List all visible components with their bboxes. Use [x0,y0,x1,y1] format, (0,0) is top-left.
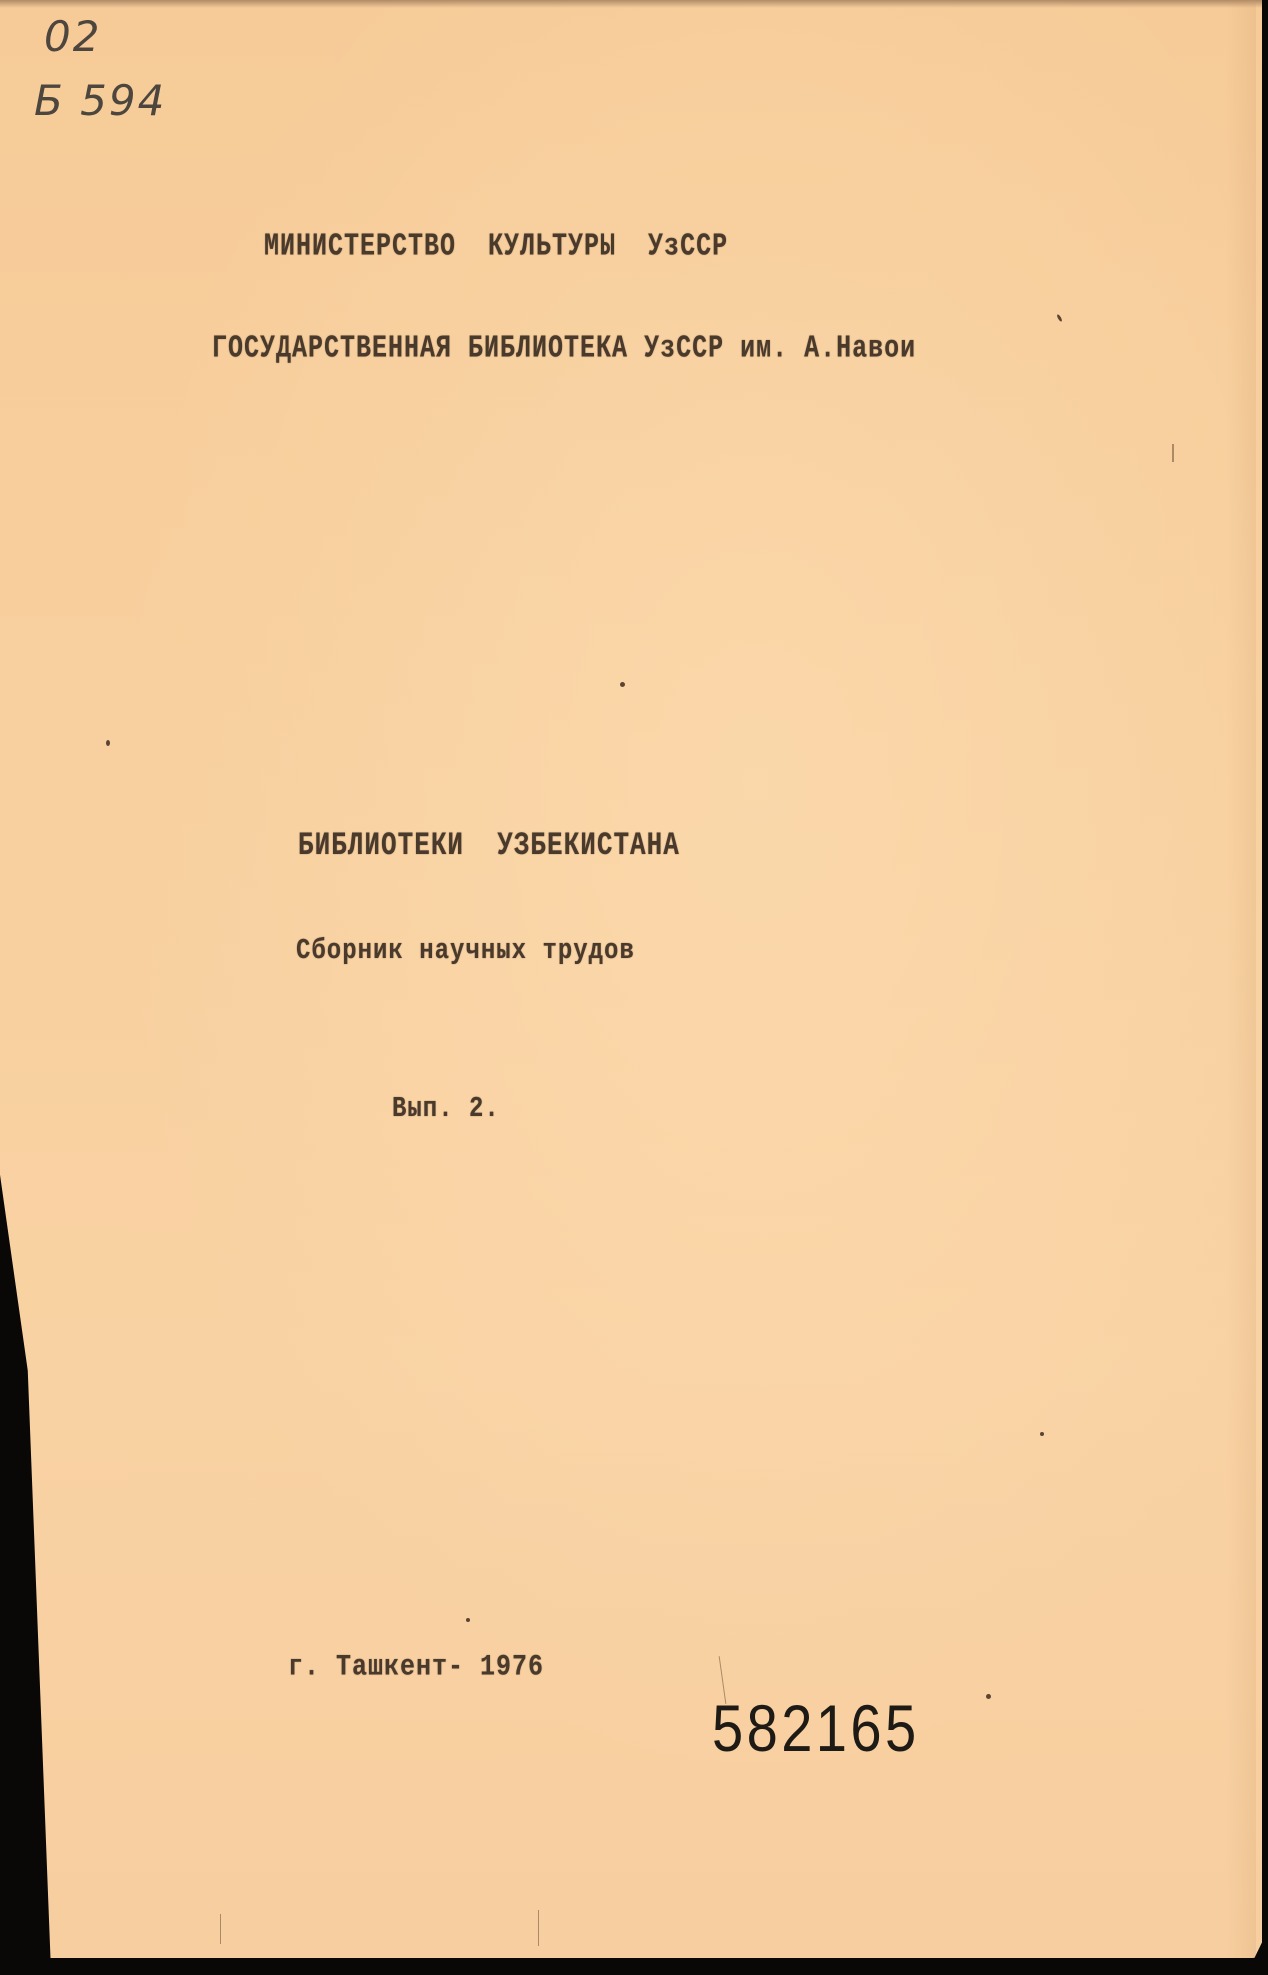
document-title: БИБЛИОТЕКИ УЗБЕКИСТАНА [298,826,680,864]
document-subtitle: Сборник научных трудов [296,935,635,967]
imprint-place-year: г. Ташкент- 1976 [288,1649,544,1684]
shelfmark-line-2: Б 594 [34,76,166,125]
issue-number: Вып. 2. [392,1093,500,1125]
paper-scratch [220,1914,221,1944]
scanned-document: 02 Б 594 МИНИСТЕРСТВО КУЛЬТУРЫ УзССР ГОС… [0,0,1268,1975]
paper-speck [466,1618,470,1622]
paper-speck [1056,314,1063,322]
paper-scratch [538,1910,539,1946]
title-page: 02 Б 594 МИНИСТЕРСТВО КУЛЬТУРЫ УзССР ГОС… [0,0,1262,1958]
paper-speck [620,682,625,687]
inventory-number-stamp: 582165 [712,1690,920,1766]
top-edge-shadow [0,0,1262,8]
ministry-heading: МИНИСТЕРСТВО КУЛЬТУРЫ УзССР [264,228,728,264]
paper-speck [986,1694,991,1699]
right-edge-shadow [1226,0,1256,1958]
paper-speck [44,1880,47,1888]
paper-speck [106,740,110,746]
shelfmark-line-1: 02 [44,12,101,61]
paper-scratch [1172,444,1174,462]
library-heading: ГОСУДАРСТВЕННАЯ БИБЛИОТЕКА УзССР им. А.Н… [212,330,916,366]
paper-speck [1040,1432,1044,1436]
